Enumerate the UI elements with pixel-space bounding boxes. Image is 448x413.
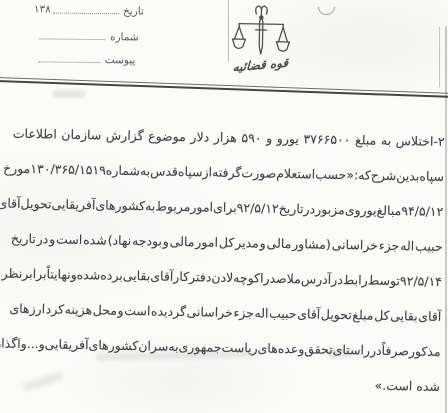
word: وعده bbox=[278, 341, 305, 357]
word: تحقق bbox=[304, 341, 333, 357]
attachment-field-row: پیوست bbox=[36, 52, 135, 66]
word: آقای bbox=[150, 268, 173, 283]
word: تاریخ bbox=[11, 231, 36, 246]
word: کشورهای bbox=[95, 197, 145, 213]
word: سپاه bbox=[419, 169, 444, 184]
word: به bbox=[145, 198, 155, 213]
date-field-row: تاریخ ۱۳۸ bbox=[34, 3, 144, 17]
word: ... bbox=[27, 336, 39, 351]
word: صورت bbox=[241, 165, 276, 181]
word: مالی bbox=[170, 234, 195, 249]
word: در bbox=[37, 231, 49, 246]
word: مالی bbox=[266, 236, 291, 251]
word: کار bbox=[173, 269, 189, 284]
attachment-label: پیوست bbox=[105, 54, 136, 66]
word: مدیر bbox=[235, 235, 259, 250]
word: نظر bbox=[2, 266, 23, 281]
word: خراسانی bbox=[332, 237, 379, 253]
word: کل bbox=[374, 308, 390, 323]
word: جزء bbox=[233, 305, 254, 320]
word: توسط bbox=[368, 273, 401, 289]
word: از bbox=[202, 164, 212, 179]
word: سپاه bbox=[178, 164, 203, 179]
word: در bbox=[370, 343, 382, 358]
word: و bbox=[163, 234, 169, 249]
word: یوروی bbox=[345, 202, 377, 218]
document-scan: تاریخ ۱۳۸ شماره پیوست bbox=[0, 0, 448, 413]
word: ۲-اختلاس bbox=[396, 133, 445, 149]
word: تحویل bbox=[20, 196, 51, 212]
word: آقای bbox=[0, 195, 21, 210]
word: و bbox=[39, 336, 45, 351]
word: آدرس bbox=[301, 271, 332, 287]
word: و bbox=[117, 303, 123, 318]
word: دلار bbox=[190, 129, 209, 144]
word: و bbox=[266, 131, 272, 146]
word: و bbox=[71, 267, 77, 282]
word: مبلغ bbox=[352, 307, 374, 322]
word: محل bbox=[93, 302, 118, 317]
word: گزارش bbox=[106, 127, 144, 143]
date-label: تاریخ bbox=[123, 5, 144, 17]
word: سازمان bbox=[61, 127, 101, 143]
word: تاریخ bbox=[279, 201, 304, 216]
word: راستای bbox=[333, 342, 371, 358]
word: مورخ bbox=[3, 161, 31, 177]
word: گرفته bbox=[212, 165, 242, 181]
word: در bbox=[331, 272, 343, 287]
date-value: ۱۳۸ bbox=[34, 3, 51, 15]
checkmark-annotation-icon bbox=[318, 7, 335, 15]
word: کرد bbox=[46, 301, 65, 316]
word: واگذار bbox=[0, 335, 27, 351]
word: شده bbox=[83, 232, 107, 247]
word: به bbox=[168, 339, 178, 354]
word: برابر bbox=[22, 266, 47, 281]
word: موضوع bbox=[148, 128, 186, 144]
word: به bbox=[140, 163, 150, 178]
word: های bbox=[257, 340, 277, 355]
word: (مشاور bbox=[292, 236, 331, 252]
word: جزء bbox=[379, 238, 400, 253]
word: یورو bbox=[277, 131, 299, 146]
scales-of-justice-icon bbox=[229, 1, 294, 60]
word: صرفاً bbox=[381, 343, 409, 359]
word: امور bbox=[190, 199, 213, 214]
judiciary-emblem: قوه قضائیه bbox=[228, 1, 293, 72]
word: جمهوری bbox=[178, 339, 221, 355]
word: شده bbox=[416, 379, 440, 394]
letterhead-fields: تاریخ ۱۳۸ شماره پیوست bbox=[0, 0, 160, 2]
word: ۹۲/۵/۱۴ bbox=[400, 273, 442, 289]
word: مزبور bbox=[315, 202, 345, 218]
word: استعلام bbox=[276, 166, 315, 182]
word: تحویل bbox=[321, 307, 352, 323]
scan-edge-line bbox=[445, 26, 447, 413]
word: آقای bbox=[297, 306, 320, 321]
word: لادن bbox=[211, 270, 233, 285]
word: مبالغ bbox=[376, 203, 401, 218]
bleed-smudge bbox=[52, 90, 86, 98]
word: خراسانی bbox=[186, 304, 233, 320]
body-text: ۲-اختلاسبهمبلغ۳۷۶۶۵۰۰یوروو۵۹۰هزاردلارموض… bbox=[8, 116, 445, 404]
word: مبلغ bbox=[355, 132, 377, 147]
word: بودجه bbox=[132, 233, 162, 249]
word: آفریقایی bbox=[45, 336, 89, 352]
word: هزینه bbox=[65, 302, 93, 318]
word: مذکور bbox=[409, 343, 441, 359]
word: حبیب bbox=[269, 306, 297, 322]
word: و bbox=[49, 231, 55, 246]
word: است bbox=[56, 232, 83, 248]
word: اله bbox=[254, 305, 268, 320]
word: مربوط bbox=[155, 198, 190, 214]
number-dotted-line bbox=[39, 29, 106, 40]
word: ارزهای bbox=[9, 301, 45, 317]
word: به bbox=[381, 133, 391, 148]
scan-artifact-line bbox=[439, 27, 440, 87]
word: ۹۴/۵/۱۲ bbox=[401, 203, 443, 219]
word: گردیده bbox=[151, 303, 186, 319]
number-field-row: شماره bbox=[37, 29, 139, 43]
word: است.» bbox=[374, 378, 412, 394]
word: رابط bbox=[343, 272, 368, 287]
word: شده bbox=[77, 267, 101, 282]
word: برده bbox=[100, 267, 123, 282]
word: برای bbox=[213, 200, 237, 215]
word: در bbox=[303, 201, 315, 216]
word: شماره bbox=[106, 162, 140, 178]
word: قدس bbox=[150, 163, 178, 179]
word: کل bbox=[219, 235, 235, 250]
word: ۱۳۰/۳۶۵/۱۵۱۹ bbox=[30, 161, 106, 177]
attachment-dotted-line bbox=[38, 52, 100, 63]
word: کشورهای bbox=[88, 337, 138, 353]
word: هزار bbox=[214, 130, 237, 145]
word: کوچه bbox=[233, 270, 260, 286]
word: نهاد) bbox=[108, 233, 132, 248]
word: ۵۹۰ bbox=[241, 130, 261, 145]
word: سران bbox=[138, 338, 168, 354]
word: ریاست bbox=[221, 340, 257, 356]
word: اطلاعات bbox=[13, 126, 57, 142]
word: ۳۷۶۶۵۰۰ bbox=[303, 131, 350, 147]
word: بقایی bbox=[390, 308, 418, 324]
word: شرح bbox=[371, 168, 397, 183]
word: آقای bbox=[418, 309, 441, 324]
word: امور bbox=[195, 234, 218, 249]
word: حبیب bbox=[415, 238, 443, 254]
word: آفریقایی bbox=[51, 196, 95, 212]
word: بقایی bbox=[123, 268, 151, 284]
word: نهایتاً bbox=[46, 266, 70, 281]
word: دفتر bbox=[189, 269, 212, 284]
word: اله bbox=[400, 238, 414, 253]
word: است bbox=[124, 303, 151, 319]
word: ملاصدرا bbox=[260, 270, 301, 286]
word: که: bbox=[354, 167, 371, 182]
word: ۹۲/۵/۱۲ bbox=[237, 200, 279, 216]
date-dotted-line bbox=[53, 4, 119, 15]
text-line: شدهاست.» bbox=[8, 361, 441, 404]
word: و bbox=[260, 235, 266, 250]
word: «حسب bbox=[315, 167, 354, 183]
number-label: شماره bbox=[110, 31, 139, 43]
word: بدین bbox=[396, 168, 419, 183]
